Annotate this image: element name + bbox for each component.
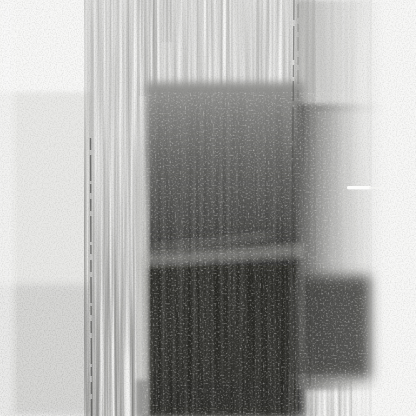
white-scratch [347,186,371,189]
vertical-line-bottom-right [285,282,286,416]
global-grain-layer [0,0,416,416]
abstract-artwork [0,0,416,416]
white-scratch-tail [369,187,384,189]
artwork-canvas [0,0,416,416]
